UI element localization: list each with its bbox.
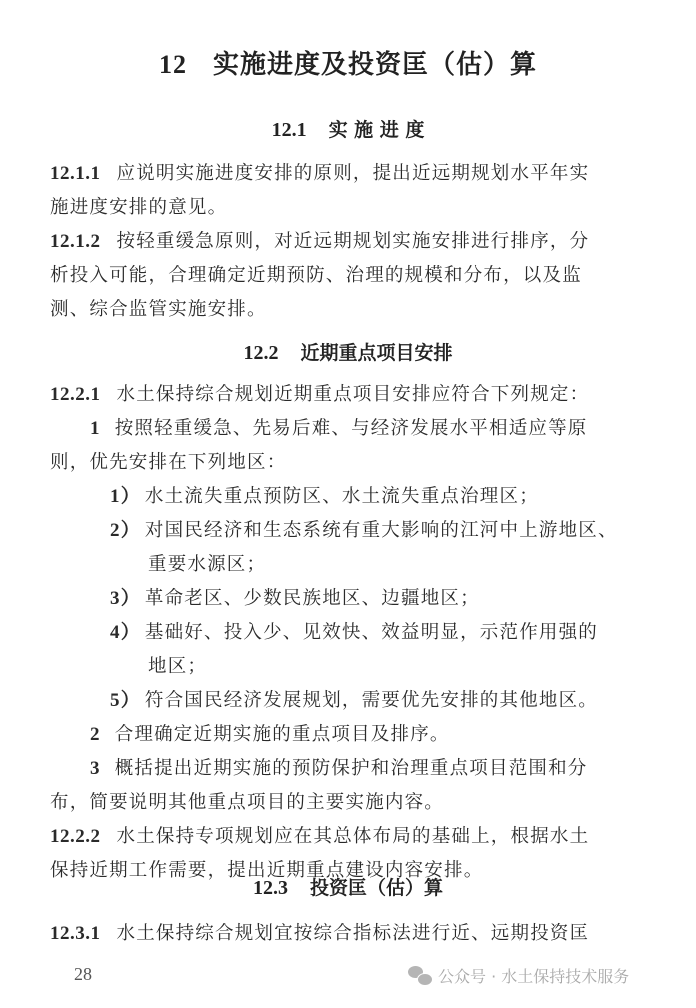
watermark-text: 公众号 · 水土保持技术服务 — [438, 964, 629, 987]
section-title-12-1: 12.1实 施 进 度 — [0, 115, 696, 142]
clause-12-2-1-line-1: 12.2.1水土保持综合规划近期重点项目安排应符合下列规定： — [50, 380, 650, 410]
subitem-text: 革命老区、少数民族地区、边疆地区； — [145, 588, 480, 609]
clause-text: 应说明实施进度安排的原则，提出近远期规划水平年实 — [117, 163, 590, 184]
section-title-12-2: 12.2近期重点项目安排 — [0, 338, 696, 365]
clause-12-1-2-line-2: 析投入可能，合理确定近期预防、治理的规模和分布，以及监 — [50, 261, 650, 291]
section-title-12-3: 12.3投资匡（估）算 — [0, 873, 696, 900]
chapter-number: 12 — [159, 50, 187, 79]
clause-number: 12.1.1 — [50, 163, 101, 184]
clause-text: 水土保持综合规划宜按综合指标法进行近、远期投资匡 — [117, 923, 590, 944]
section-title-text: 实 施 进 度 — [329, 119, 425, 141]
clause-number: 12.1.2 — [50, 231, 101, 252]
item-text: 概括提出近期实施的预防保护和治理重点项目范围和分 — [115, 758, 588, 779]
subitem-4-line-1: 4）基础好、投入少、见效快、效益明显，示范作用强的 — [110, 618, 696, 648]
item-text: 按照轻重缓急、先易后难、与经济发展水平相适应等原 — [115, 418, 588, 439]
subitem-number: 3） — [110, 588, 141, 609]
clause-text: 水土保持专项规划应在其总体布局的基础上，根据水土 — [117, 826, 590, 847]
item-number: 1 — [90, 418, 101, 439]
document-page: 12实施进度及投资匡（估）算 12.1实 施 进 度 12.1.1应说明实施进度… — [0, 0, 696, 1008]
item-3-line-1: 3概括提出近期实施的预防保护和治理重点项目范围和分 — [90, 754, 690, 784]
wechat-icon — [408, 966, 432, 986]
section-number: 12.3 — [253, 877, 288, 899]
item-number: 3 — [90, 758, 101, 779]
subitem-number: 1） — [110, 486, 141, 507]
subitem-number: 4） — [110, 622, 141, 643]
page-number: 28 — [74, 964, 92, 985]
clause-12-1-2-line-1: 12.1.2按轻重缓急原则，对近远期规划实施安排进行排序，分 — [50, 227, 650, 257]
item-1-line-2: 则，优先安排在下列地区： — [50, 448, 650, 478]
subitem-2-line-2: 重要水源区； — [148, 550, 696, 580]
clause-number: 12.2.1 — [50, 384, 101, 405]
clause-12-1-1-line-1: 12.1.1应说明实施进度安排的原则，提出近远期规划水平年实 — [50, 159, 650, 189]
item-text: 合理确定近期实施的重点项目及排序。 — [115, 724, 450, 745]
subitem-text: 符合国民经济发展规划，需要优先安排的其他地区。 — [145, 690, 598, 711]
section-title-text: 近期重点项目安排 — [300, 342, 452, 364]
subitem-5: 5）符合国民经济发展规划，需要优先安排的其他地区。 — [110, 686, 696, 716]
section-number: 12.1 — [272, 119, 307, 141]
subitem-text: 对国民经济和生态系统有重大影响的江河中上游地区、 — [145, 520, 618, 541]
subitem-2-line-1: 2）对国民经济和生态系统有重大影响的江河中上游地区、 — [110, 516, 696, 546]
clause-text: 按轻重缓急原则，对近远期规划实施安排进行排序，分 — [117, 231, 590, 252]
subitem-text: 水土流失重点预防区、水土流失重点治理区； — [145, 486, 539, 507]
clause-number: 12.3.1 — [50, 923, 101, 944]
subitem-number: 2） — [110, 520, 141, 541]
item-1-line-1: 1按照轻重缓急、先易后难、与经济发展水平相适应等原 — [90, 414, 690, 444]
clause-12-1-1-line-2: 施进度安排的意见。 — [50, 193, 650, 223]
subitem-4-line-2: 地区； — [148, 652, 696, 682]
chapter-title: 12实施进度及投资匡（估）算 — [0, 44, 696, 81]
subitem-1: 1）水土流失重点预防区、水土流失重点治理区； — [110, 482, 696, 512]
subitem-number: 5） — [110, 690, 141, 711]
watermark: 公众号 · 水土保持技术服务 — [408, 964, 629, 987]
section-title-text: 投资匡（估）算 — [310, 877, 443, 899]
clause-12-1-2-line-3: 测、综合监管实施安排。 — [50, 295, 650, 325]
item-3-line-2: 布，简要说明其他重点项目的主要实施内容。 — [50, 788, 650, 818]
clause-number: 12.2.2 — [50, 826, 101, 847]
subitem-text: 基础好、投入少、见效快、效益明显，示范作用强的 — [145, 622, 598, 643]
section-number: 12.2 — [243, 342, 278, 364]
subitem-3: 3）革命老区、少数民族地区、边疆地区； — [110, 584, 696, 614]
item-2: 2合理确定近期实施的重点项目及排序。 — [90, 720, 690, 750]
item-number: 2 — [90, 724, 101, 745]
clause-text: 水土保持综合规划近期重点项目安排应符合下列规定： — [117, 384, 590, 405]
chapter-title-text: 实施进度及投资匡（估）算 — [213, 50, 537, 80]
clause-12-2-2-line-1: 12.2.2水土保持专项规划应在其总体布局的基础上，根据水土 — [50, 822, 650, 852]
clause-12-3-1-line-1: 12.3.1水土保持综合规划宜按综合指标法进行近、远期投资匡 — [50, 919, 650, 949]
